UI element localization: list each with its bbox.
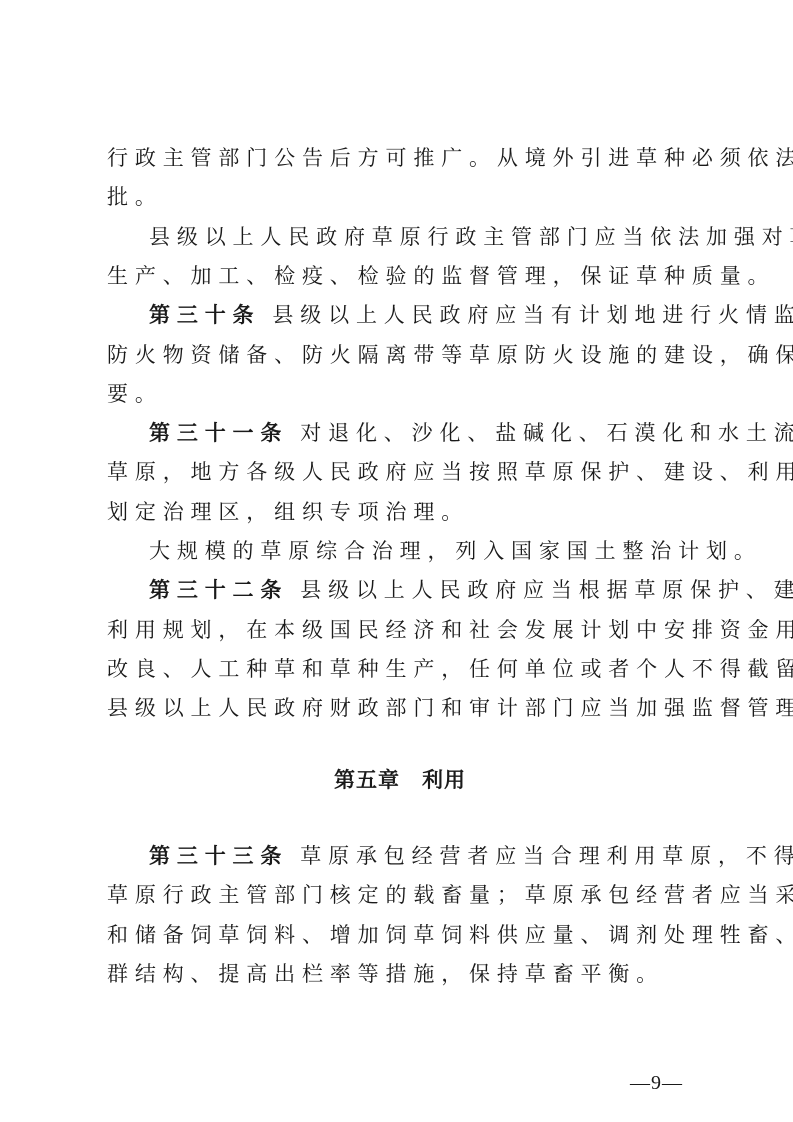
text-line: 县级以上人民政府财政部门和审计部门应当加强监督管理。	[107, 694, 793, 722]
line-text: 群结构、提高出栏率等措施，保持草畜平衡。	[107, 962, 664, 986]
line-text: 对退化、沙化、盐碱化、石漠化和水土流失的	[300, 421, 793, 445]
text-line: 县级以上人民政府草原行政主管部门应当依法加强对草种	[149, 223, 793, 251]
line-text: 划定治理区，组织专项治理。	[107, 500, 469, 524]
line-text: 改良、人工种草和草种生产，任何单位或者个人不得截留、挪用；	[107, 657, 793, 681]
text-line: 改良、人工种草和草种生产，任何单位或者个人不得截留、挪用；	[107, 655, 793, 683]
text-line: 第三十条县级以上人民政府应当有计划地进行火情监测、	[149, 301, 793, 329]
line-text: 县级以上人民政府草原行政主管部门应当依法加强对草种	[149, 225, 793, 249]
line-text: 大规模的草原综合治理，列入国家国土整治计划。	[149, 539, 762, 563]
article-number: 第三十三条	[149, 844, 288, 868]
text-line: 生产、加工、检疫、检验的监督管理，保证草种质量。	[107, 262, 775, 290]
text-line: 行政主管部门公告后方可推广。从境外引进草种必须依法进行审	[107, 144, 793, 172]
text-line: 划定治理区，组织专项治理。	[107, 498, 469, 526]
line-text: 利用规划，在本级国民经济和社会发展计划中安排资金用于草原	[107, 618, 793, 642]
line-text: 草原，地方各级人民政府应当按照草原保护、建设、利用规划，	[107, 460, 793, 484]
page-number: —9—	[630, 1072, 683, 1095]
text-line: 群结构、提高出栏率等措施，保持草畜平衡。	[107, 960, 664, 988]
line-text: 和储备饲草饲料、增加饲草饲料供应量、调剂处理牲畜、优化畜	[107, 923, 793, 947]
article-number: 第三十一条	[149, 421, 288, 445]
text-line: 批。	[107, 183, 163, 211]
line-text: 县级以上人民政府财政部门和审计部门应当加强监督管理。	[107, 696, 793, 720]
line-text: 草原承包经营者应当合理利用草原，不得超过	[300, 844, 793, 868]
line-text: 批。	[107, 185, 163, 209]
text-line: 草原行政主管部门核定的载畜量；草原承包经营者应当采取种植	[107, 881, 793, 909]
line-text: 行政主管部门公告后方可推广。从境外引进草种必须依法进行审	[107, 146, 793, 170]
line-text: 要。	[107, 382, 163, 406]
chapter-title: 利用	[422, 768, 466, 792]
text-line: 要。	[107, 380, 163, 408]
line-text: 县级以上人民政府应当有计划地进行火情监测、	[272, 303, 793, 327]
chapter-heading: 第五章利用	[107, 766, 693, 794]
chapter-number: 第五章	[334, 768, 400, 792]
line-text: 草原行政主管部门核定的载畜量；草原承包经营者应当采取种植	[107, 883, 793, 907]
article-number: 第三十条	[149, 303, 260, 327]
text-line: 防火物资储备、防火隔离带等草原防火设施的建设，确保防火需	[107, 341, 793, 369]
text-line: 利用规划，在本级国民经济和社会发展计划中安排资金用于草原	[107, 616, 793, 644]
text-line: 第三十三条草原承包经营者应当合理利用草原，不得超过	[149, 842, 793, 870]
article-number: 第三十二条	[149, 578, 288, 602]
text-line: 第三十二条县级以上人民政府应当根据草原保护、建设、	[149, 576, 793, 604]
line-text: 生产、加工、检疫、检验的监督管理，保证草种质量。	[107, 264, 775, 288]
text-line: 和储备饲草饲料、增加饲草饲料供应量、调剂处理牲畜、优化畜	[107, 921, 793, 949]
text-line: 草原，地方各级人民政府应当按照草原保护、建设、利用规划，	[107, 458, 793, 486]
text-line: 第三十一条对退化、沙化、盐碱化、石漠化和水土流失的	[149, 419, 793, 447]
line-text: 防火物资储备、防火隔离带等草原防火设施的建设，确保防火需	[107, 343, 793, 367]
line-text: 县级以上人民政府应当根据草原保护、建设、	[300, 578, 793, 602]
text-line: 大规模的草原综合治理，列入国家国土整治计划。	[149, 537, 762, 565]
